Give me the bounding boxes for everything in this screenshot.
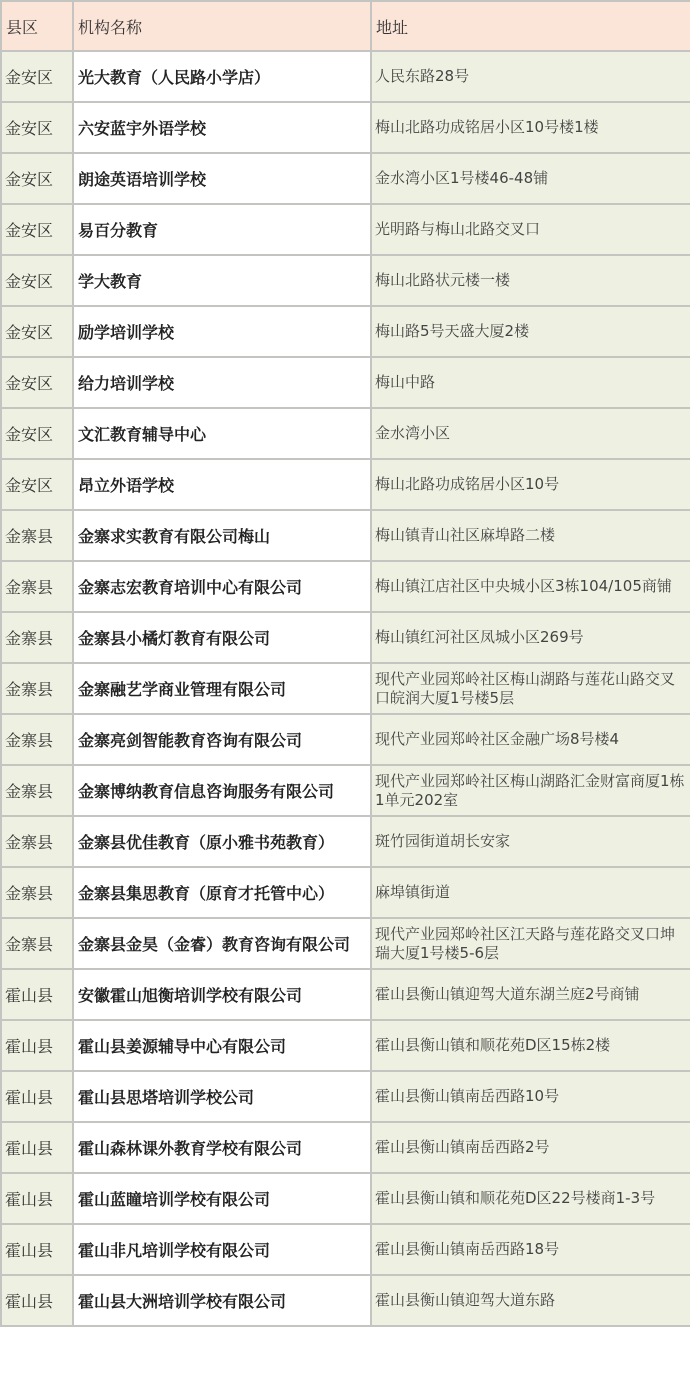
county-cell: 金安区 <box>1 102 73 153</box>
county-cell: 金寨县 <box>1 510 73 561</box>
table-row: 金寨县金寨博纳教育信息咨询服务有限公司现代产业园郑岭社区梅山湖路汇金财富商厦1栋… <box>1 765 690 816</box>
address-cell: 梅山北路状元楼一楼 <box>371 255 690 306</box>
table-row: 金安区给力培训学校梅山中路 <box>1 357 690 408</box>
table-row: 金寨县金寨融艺学商业管理有限公司现代产业园郑岭社区梅山湖路与莲花山路交叉口皖润大… <box>1 663 690 714</box>
table-row: 金寨县金寨县金昊（金睿）教育咨询有限公司现代产业园郑岭社区江天路与莲花路交叉口坤… <box>1 918 690 969</box>
table-row: 霍山县霍山蓝瞳培训学校有限公司霍山县衡山镇和顺花苑D区22号楼商1-3号 <box>1 1173 690 1224</box>
county-cell: 金安区 <box>1 255 73 306</box>
address-cell: 梅山中路 <box>371 357 690 408</box>
address-cell: 霍山县衡山镇迎驾大道东湖兰庭2号商铺 <box>371 969 690 1020</box>
name-cell: 学大教育 <box>73 255 371 306</box>
table-row: 金寨县金寨志宏教育培训中心有限公司梅山镇江店社区中央城小区3栋104/105商铺 <box>1 561 690 612</box>
county-cell: 金寨县 <box>1 714 73 765</box>
header-county: 县区 <box>1 1 73 51</box>
address-cell: 霍山县衡山镇迎驾大道东路 <box>371 1275 690 1326</box>
name-cell: 安徽霍山旭衡培训学校有限公司 <box>73 969 371 1020</box>
address-cell: 金水湾小区1号楼46-48铺 <box>371 153 690 204</box>
address-cell: 现代产业园郑岭社区江天路与莲花路交叉口坤瑞大厦1号楼5-6层 <box>371 918 690 969</box>
address-cell: 梅山镇红河社区凤城小区269号 <box>371 612 690 663</box>
name-cell: 金寨县小橘灯教育有限公司 <box>73 612 371 663</box>
county-cell: 霍山县 <box>1 1275 73 1326</box>
address-cell: 梅山北路功成铭居小区10号 <box>371 459 690 510</box>
name-cell: 霍山县姜源辅导中心有限公司 <box>73 1020 371 1071</box>
name-cell: 霍山蓝瞳培训学校有限公司 <box>73 1173 371 1224</box>
county-cell: 金寨县 <box>1 867 73 918</box>
address-cell: 现代产业园郑岭社区金融广场8号楼4 <box>371 714 690 765</box>
name-cell: 霍山森林课外教育学校有限公司 <box>73 1122 371 1173</box>
county-cell: 金安区 <box>1 51 73 102</box>
name-cell: 文汇教育辅导中心 <box>73 408 371 459</box>
county-cell: 霍山县 <box>1 1020 73 1071</box>
county-cell: 金寨县 <box>1 918 73 969</box>
table-row: 金安区六安蓝宇外语学校梅山北路功成铭居小区10号楼1楼 <box>1 102 690 153</box>
name-cell: 励学培训学校 <box>73 306 371 357</box>
name-cell: 金寨县优佳教育（原小雅书苑教育） <box>73 816 371 867</box>
table-row: 霍山县霍山县思塔培训学校公司霍山县衡山镇南岳西路10号 <box>1 1071 690 1122</box>
address-cell: 人民东路28号 <box>371 51 690 102</box>
county-cell: 霍山县 <box>1 969 73 1020</box>
table-row: 金安区文汇教育辅导中心金水湾小区 <box>1 408 690 459</box>
address-cell: 斑竹园街道胡长安家 <box>371 816 690 867</box>
name-cell: 金寨志宏教育培训中心有限公司 <box>73 561 371 612</box>
address-cell: 霍山县衡山镇南岳西路10号 <box>371 1071 690 1122</box>
name-cell: 金寨县集思教育（原育才托管中心） <box>73 867 371 918</box>
address-cell: 现代产业园郑岭社区梅山湖路汇金财富商厦1栋1单元202室 <box>371 765 690 816</box>
county-cell: 金安区 <box>1 459 73 510</box>
county-cell: 金寨县 <box>1 663 73 714</box>
table-row: 霍山县霍山森林课外教育学校有限公司霍山县衡山镇南岳西路2号 <box>1 1122 690 1173</box>
county-cell: 金安区 <box>1 204 73 255</box>
county-cell: 金安区 <box>1 306 73 357</box>
table-row: 金寨县金寨亮剑智能教育咨询有限公司现代产业园郑岭社区金融广场8号楼4 <box>1 714 690 765</box>
county-cell: 金安区 <box>1 153 73 204</box>
header-institution-name: 机构名称 <box>73 1 371 51</box>
table-row: 霍山县霍山县大洲培训学校有限公司霍山县衡山镇迎驾大道东路 <box>1 1275 690 1326</box>
address-cell: 梅山路5号天盛大厦2楼 <box>371 306 690 357</box>
address-cell: 现代产业园郑岭社区梅山湖路与莲花山路交叉口皖润大厦1号楼5层 <box>371 663 690 714</box>
name-cell: 霍山县大洲培训学校有限公司 <box>73 1275 371 1326</box>
name-cell: 金寨县金昊（金睿）教育咨询有限公司 <box>73 918 371 969</box>
table-row: 霍山县霍山县姜源辅导中心有限公司霍山县衡山镇和顺花苑D区15栋2楼 <box>1 1020 690 1071</box>
table-row: 金安区朗途英语培训学校金水湾小区1号楼46-48铺 <box>1 153 690 204</box>
name-cell: 金寨融艺学商业管理有限公司 <box>73 663 371 714</box>
county-cell: 霍山县 <box>1 1071 73 1122</box>
county-cell: 金安区 <box>1 357 73 408</box>
table-row: 金寨县金寨县优佳教育（原小雅书苑教育）斑竹园街道胡长安家 <box>1 816 690 867</box>
county-cell: 金寨县 <box>1 612 73 663</box>
county-cell: 金安区 <box>1 408 73 459</box>
address-cell: 霍山县衡山镇和顺花苑D区15栋2楼 <box>371 1020 690 1071</box>
table-row: 金寨县金寨县小橘灯教育有限公司梅山镇红河社区凤城小区269号 <box>1 612 690 663</box>
county-cell: 霍山县 <box>1 1173 73 1224</box>
table-row: 霍山县安徽霍山旭衡培训学校有限公司霍山县衡山镇迎驾大道东湖兰庭2号商铺 <box>1 969 690 1020</box>
name-cell: 六安蓝宇外语学校 <box>73 102 371 153</box>
address-cell: 梅山镇青山社区麻埠路二楼 <box>371 510 690 561</box>
table-row: 金寨县金寨县集思教育（原育才托管中心）麻埠镇街道 <box>1 867 690 918</box>
table-row: 金安区励学培训学校梅山路5号天盛大厦2楼 <box>1 306 690 357</box>
name-cell: 霍山县思塔培训学校公司 <box>73 1071 371 1122</box>
name-cell: 金寨求实教育有限公司梅山 <box>73 510 371 561</box>
name-cell: 光大教育（人民路小学店） <box>73 51 371 102</box>
table-row: 金安区昂立外语学校梅山北路功成铭居小区10号 <box>1 459 690 510</box>
name-cell: 金寨博纳教育信息咨询服务有限公司 <box>73 765 371 816</box>
name-cell: 易百分教育 <box>73 204 371 255</box>
county-cell: 金寨县 <box>1 765 73 816</box>
table-row: 霍山县霍山非凡培训学校有限公司霍山县衡山镇南岳西路18号 <box>1 1224 690 1275</box>
table-header-row: 县区 机构名称 地址 <box>1 1 690 51</box>
table-row: 金安区光大教育（人民路小学店）人民东路28号 <box>1 51 690 102</box>
county-cell: 金寨县 <box>1 561 73 612</box>
address-cell: 霍山县衡山镇和顺花苑D区22号楼商1-3号 <box>371 1173 690 1224</box>
address-cell: 霍山县衡山镇南岳西路18号 <box>371 1224 690 1275</box>
table-row: 金安区易百分教育光明路与梅山北路交叉口 <box>1 204 690 255</box>
address-cell: 金水湾小区 <box>371 408 690 459</box>
county-cell: 金寨县 <box>1 816 73 867</box>
name-cell: 霍山非凡培训学校有限公司 <box>73 1224 371 1275</box>
county-cell: 霍山县 <box>1 1224 73 1275</box>
name-cell: 朗途英语培训学校 <box>73 153 371 204</box>
header-address: 地址 <box>371 1 690 51</box>
address-cell: 霍山县衡山镇南岳西路2号 <box>371 1122 690 1173</box>
table-row: 金安区学大教育梅山北路状元楼一楼 <box>1 255 690 306</box>
name-cell: 金寨亮剑智能教育咨询有限公司 <box>73 714 371 765</box>
county-cell: 霍山县 <box>1 1122 73 1173</box>
address-cell: 梅山北路功成铭居小区10号楼1楼 <box>371 102 690 153</box>
name-cell: 昂立外语学校 <box>73 459 371 510</box>
address-cell: 光明路与梅山北路交叉口 <box>371 204 690 255</box>
institution-table: 县区 机构名称 地址 金安区光大教育（人民路小学店）人民东路28号金安区六安蓝宇… <box>0 0 690 1327</box>
name-cell: 给力培训学校 <box>73 357 371 408</box>
address-cell: 梅山镇江店社区中央城小区3栋104/105商铺 <box>371 561 690 612</box>
address-cell: 麻埠镇街道 <box>371 867 690 918</box>
table-row: 金寨县金寨求实教育有限公司梅山梅山镇青山社区麻埠路二楼 <box>1 510 690 561</box>
table-body: 金安区光大教育（人民路小学店）人民东路28号金安区六安蓝宇外语学校梅山北路功成铭… <box>1 51 690 1326</box>
